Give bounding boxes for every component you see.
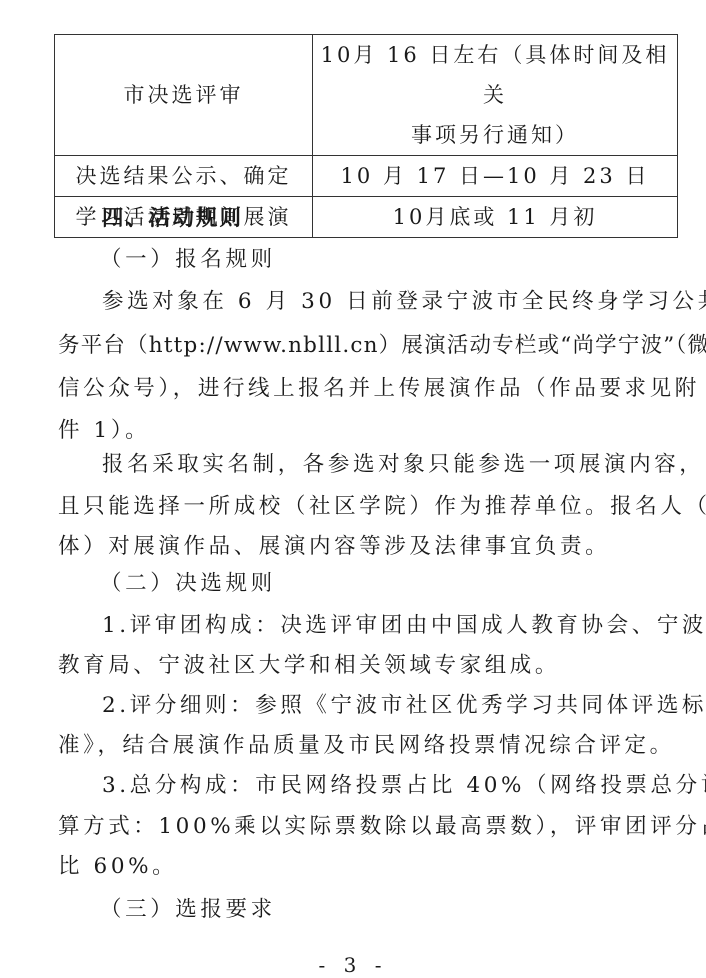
time-cell: 10 月 17 日—10 月 23 日 <box>313 156 678 197</box>
paragraph-line: 体）对展演作品、展演内容等涉及法律事宜负责。 <box>58 533 678 561</box>
time-cell: 10月 16 日左右（具体时间及相关 事项另行通知） <box>313 35 678 156</box>
paragraph-line: 比 60%。 <box>58 853 678 881</box>
paragraph-line: 报名采取实名制，各参选对象只能参选一项展演内容， <box>102 451 706 479</box>
paragraph-line: 3.总分构成：市民网络投票占比 40%（网络投票总分计 <box>102 772 706 800</box>
paragraph-line: 算方式：100%乘以实际票数除以最高票数），评审团评分占 <box>58 813 678 841</box>
paragraph-line: 信公众号），进行线上报名并上传展演作品（作品要求见附 <box>58 375 678 403</box>
paragraph-line: 1.评审团构成：决选评审团由中国成人教育协会、宁波市 <box>102 612 706 640</box>
table-row: 市决选评审 10月 16 日左右（具体时间及相关 事项另行通知） <box>55 35 678 156</box>
paragraph-line: 教育局、宁波社区大学和相关领域专家组成。 <box>58 652 678 680</box>
paragraph-line: 件 1）。 <box>58 417 678 445</box>
subsection-title: （一）报名规则 <box>100 246 706 274</box>
paragraph-line: 准》，结合展演作品质量及市民网络投票情况综合评定。 <box>58 732 678 760</box>
subsection-title: （二）决选规则 <box>100 570 706 598</box>
stage-cell: 决选结果公示、确定 <box>55 156 313 197</box>
section-heading: 四、活动规则 <box>102 205 706 233</box>
stage-cell: 市决选评审 <box>55 35 313 156</box>
paragraph-line: 2.评分细则：参照《宁波市社区优秀学习共同体评选标 <box>102 692 706 720</box>
paragraph-line: 务平台（http://www.nblll.cn）展演活动专栏或“尚学宁波”（微 <box>58 332 678 360</box>
paragraph-line: 参选对象在 6 月 30 日前登录宁波市全民终身学习公共服 <box>102 288 706 316</box>
time-line: 10月 16 日左右（具体时间及相关 <box>319 35 671 115</box>
time-line: 事项另行通知） <box>319 115 671 155</box>
paragraph-line: 且只能选择一所成校（社区学院）作为推荐单位。报名人（团 <box>58 493 678 521</box>
page-number: - 3 - <box>0 953 706 977</box>
table-row: 决选结果公示、确定 10 月 17 日—10 月 23 日 <box>55 156 678 197</box>
subsection-title: （三）选报要求 <box>100 896 706 924</box>
